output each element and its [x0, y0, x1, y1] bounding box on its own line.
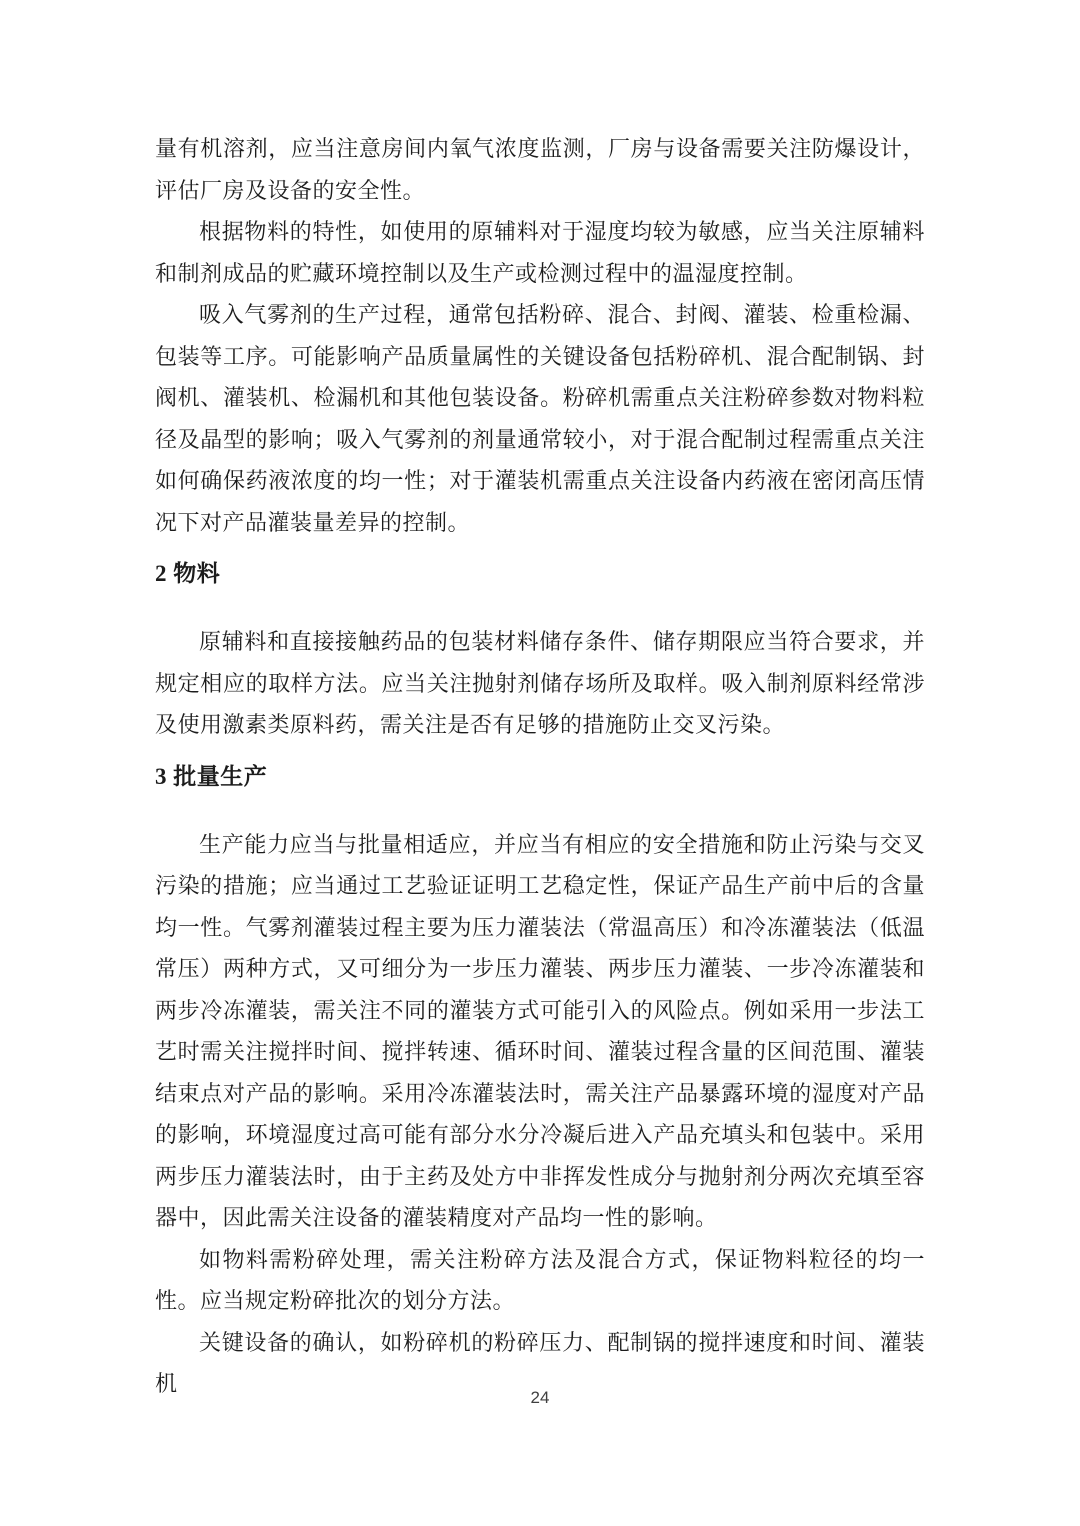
page-number: 24	[0, 1388, 1080, 1408]
paragraph-material-humidity: 根据物料的特性，如使用的原辅料对于湿度均较为敏感，应当关注原辅料和制剂成品的贮藏…	[155, 211, 925, 294]
paragraph-milling-requirements: 如物料需粉碎处理，需关注粉碎方法及混合方式，保证物料粒径的均一性。应当规定粉碎批…	[155, 1239, 925, 1322]
document-body: 量有机溶剂，应当注意房间内氧气浓度监测，厂房与设备需要关注防爆设计，评估厂房及设…	[155, 128, 925, 1405]
section-heading-materials: 2 物料	[155, 553, 925, 595]
paragraph-batch-production-filling: 生产能力应当与批量相适应，并应当有相应的安全措施和防止污染与交叉污染的措施；应当…	[155, 824, 925, 1239]
paragraph-materials-storage: 原辅料和直接接触药品的包装材料储存条件、储存期限应当符合要求，并规定相应的取样方…	[155, 621, 925, 746]
section-heading-batch-production: 3 批量生产	[155, 756, 925, 798]
paragraph-aerosol-production-process: 吸入气雾剂的生产过程，通常包括粉碎、混合、封阀、灌装、检重检漏、包装等工序。可能…	[155, 294, 925, 543]
document-page: 量有机溶剂，应当注意房间内氧气浓度监测，厂房与设备需要关注防爆设计，评估厂房及设…	[0, 0, 1080, 1526]
paragraph-solvent-safety: 量有机溶剂，应当注意房间内氧气浓度监测，厂房与设备需要关注防爆设计，评估厂房及设…	[155, 128, 925, 211]
